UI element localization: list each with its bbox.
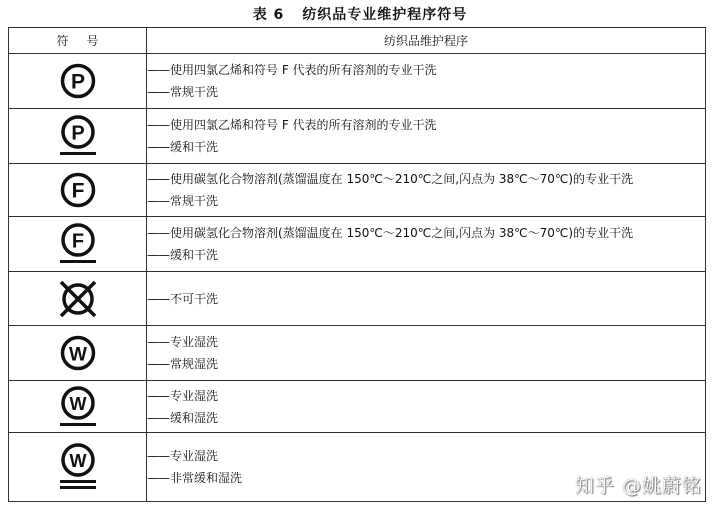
svg-text:P: P [70,71,84,94]
table-number: 表 6 [253,7,285,23]
svg-text:W: W [69,394,86,414]
wetclean-w-icon: W [58,333,98,373]
svg-text:F: F [71,231,83,253]
procedure-cell: 使用四氯乙烯和符号 F 代表的所有溶剂的专业干洗 常规干洗 [147,54,706,109]
table-row: W 专业湿洗 缓和湿洗 [9,381,706,433]
dryclean-f-gentle-icon: F [58,222,98,266]
table-title: 表 6纺织品专业维护程序符号 [0,4,720,24]
table-row: P 使用四氯乙烯和符号 F 代表的所有溶剂的专业干洗 常规干洗 [9,54,706,109]
procedure-cell: 不可干洗 [147,272,706,326]
header-symbol: 符号 [9,28,147,54]
dryclean-p-gentle-icon: P [58,114,98,158]
watermark: 知乎 @姚蔚铭 [575,471,702,498]
wetclean-w-gentle-icon: W [58,385,98,429]
procedure-cell: 使用碳氢化合物溶剂(蒸馏温度在 150℃～210℃之间,闪点为 38℃～70℃)… [147,164,706,217]
svg-text:F: F [71,180,84,203]
table-row: P 使用四氯乙烯和符号 F 代表的所有溶剂的专业干洗 缓和干洗 [9,109,706,164]
care-symbols-table: 符号 纺织品维护程序 P 使用四氯乙烯和符号 F 代表的所有溶剂的专业干洗 常规… [8,27,706,502]
symbol-cell: F [9,164,147,217]
symbol-cell: W [9,381,147,433]
wetclean-w-very-gentle-icon: W [58,442,98,492]
header-row: 符号 纺织品维护程序 [9,28,706,54]
symbol-cell: P [9,109,147,164]
svg-text:P: P [71,123,84,145]
table-caption: 纺织品专业维护程序符号 [302,7,467,23]
procedure-cell: 使用四氯乙烯和符号 F 代表的所有溶剂的专业干洗 缓和干洗 [147,109,706,164]
do-not-dryclean-icon [57,278,99,320]
symbol-cell [9,272,147,326]
dryclean-f-icon: F [58,170,98,210]
svg-text:W: W [69,345,87,366]
symbol-cell: W [9,326,147,381]
dryclean-p-icon: P [58,61,98,101]
svg-text:W: W [69,451,86,471]
symbol-cell: F [9,217,147,272]
table-row: W 专业湿洗 常规湿洗 [9,326,706,381]
symbol-cell: W [9,433,147,502]
header-procedure: 纺织品维护程序 [147,28,706,54]
table-row: F 使用碳氢化合物溶剂(蒸馏温度在 150℃～210℃之间,闪点为 38℃～70… [9,217,706,272]
procedure-cell: 专业湿洗 缓和湿洗 [147,381,706,433]
table-row: 不可干洗 [9,272,706,326]
procedure-cell: 专业湿洗 常规湿洗 [147,326,706,381]
procedure-cell: 使用碳氢化合物溶剂(蒸馏温度在 150℃～210℃之间,闪点为 38℃～70℃)… [147,217,706,272]
symbol-cell: P [9,54,147,109]
table-row: F 使用碳氢化合物溶剂(蒸馏温度在 150℃～210℃之间,闪点为 38℃～70… [9,164,706,217]
